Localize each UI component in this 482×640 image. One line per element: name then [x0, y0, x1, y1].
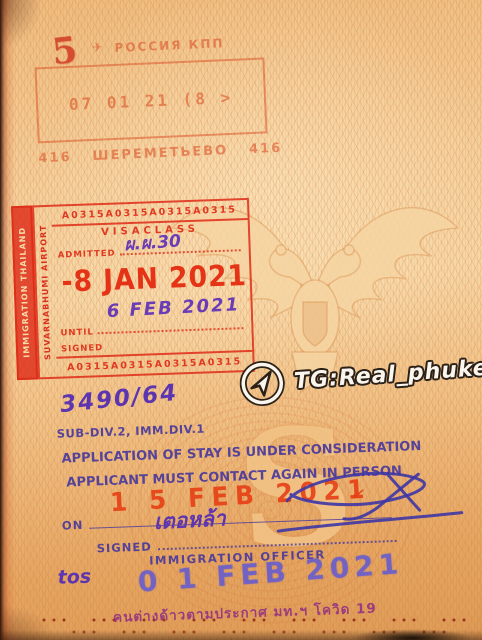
checkpoint-code-left: 416 [38, 150, 72, 166]
telegram-logo-icon [237, 358, 288, 409]
thailand-stamp-body: A0315A0315A0315A0315 VISACLASS ADMITTED … [51, 198, 255, 379]
signed-label: SIGNED [61, 343, 104, 354]
entry-date-stamp: -8 JAN 2021 [61, 258, 242, 298]
thai-covid-note: คนต่างด้าวตามประกาศ มท.ฯ โควิด 19 [113, 597, 377, 628]
signed-row: SIGNED [61, 342, 121, 354]
russia-stamp-date: 07 01 21 (8 > [69, 87, 234, 113]
russia-stamp-title: РОССИЯ КПП [114, 36, 224, 55]
until-dotted-line [98, 326, 244, 334]
until-row: UNTIL [60, 322, 243, 338]
signed-label: SIGNED [96, 540, 151, 556]
admitted-label: ADMITTED [58, 249, 116, 261]
stamp-serial-bottom: A0315A0315A0315A0315 [56, 350, 253, 377]
stay-consideration-stamp: SUB-DIV.2, IMM.DIV.1 APPLICATION OF STAY… [48, 413, 455, 637]
until-handwritten-date: 6 FEB 2021 [106, 294, 240, 322]
thailand-entry-stamp: IMMIGRATION THAILAND SUVARNABHUMI AIRPOR… [11, 198, 255, 380]
bottom-shadow-smudge [352, 629, 472, 640]
side-note-handwritten: tos [57, 566, 91, 589]
until-label: UNTIL [60, 327, 94, 338]
watermark-credit-text: TG:Real_phuket [293, 354, 482, 393]
airplane-icon: ✈ [91, 40, 105, 56]
division-line: SUB-DIV.2, IMM.DIV.1 [56, 422, 205, 441]
officer-name-handwritten: เตอหล้า [153, 502, 227, 539]
russia-border-stamp: ✈ РОССИЯ КПП 07 01 21 (8 > 416 ШЕРЕМЕТЬЕ… [33, 33, 286, 167]
on-label: ON [62, 518, 84, 533]
checkpoint-code-right: 416 [249, 141, 283, 157]
russia-stamp-header: ✈ РОССИЯ КПП [91, 33, 281, 56]
admitted-handwritten-value: ผ.ผ.30 [124, 227, 182, 258]
passport-page-photo: S 5 ✈ РОССИЯ КПП 07 01 21 (8 > 416 ШЕРЕМ… [0, 0, 482, 640]
russia-stamp-box: 07 01 21 (8 > [34, 57, 267, 143]
